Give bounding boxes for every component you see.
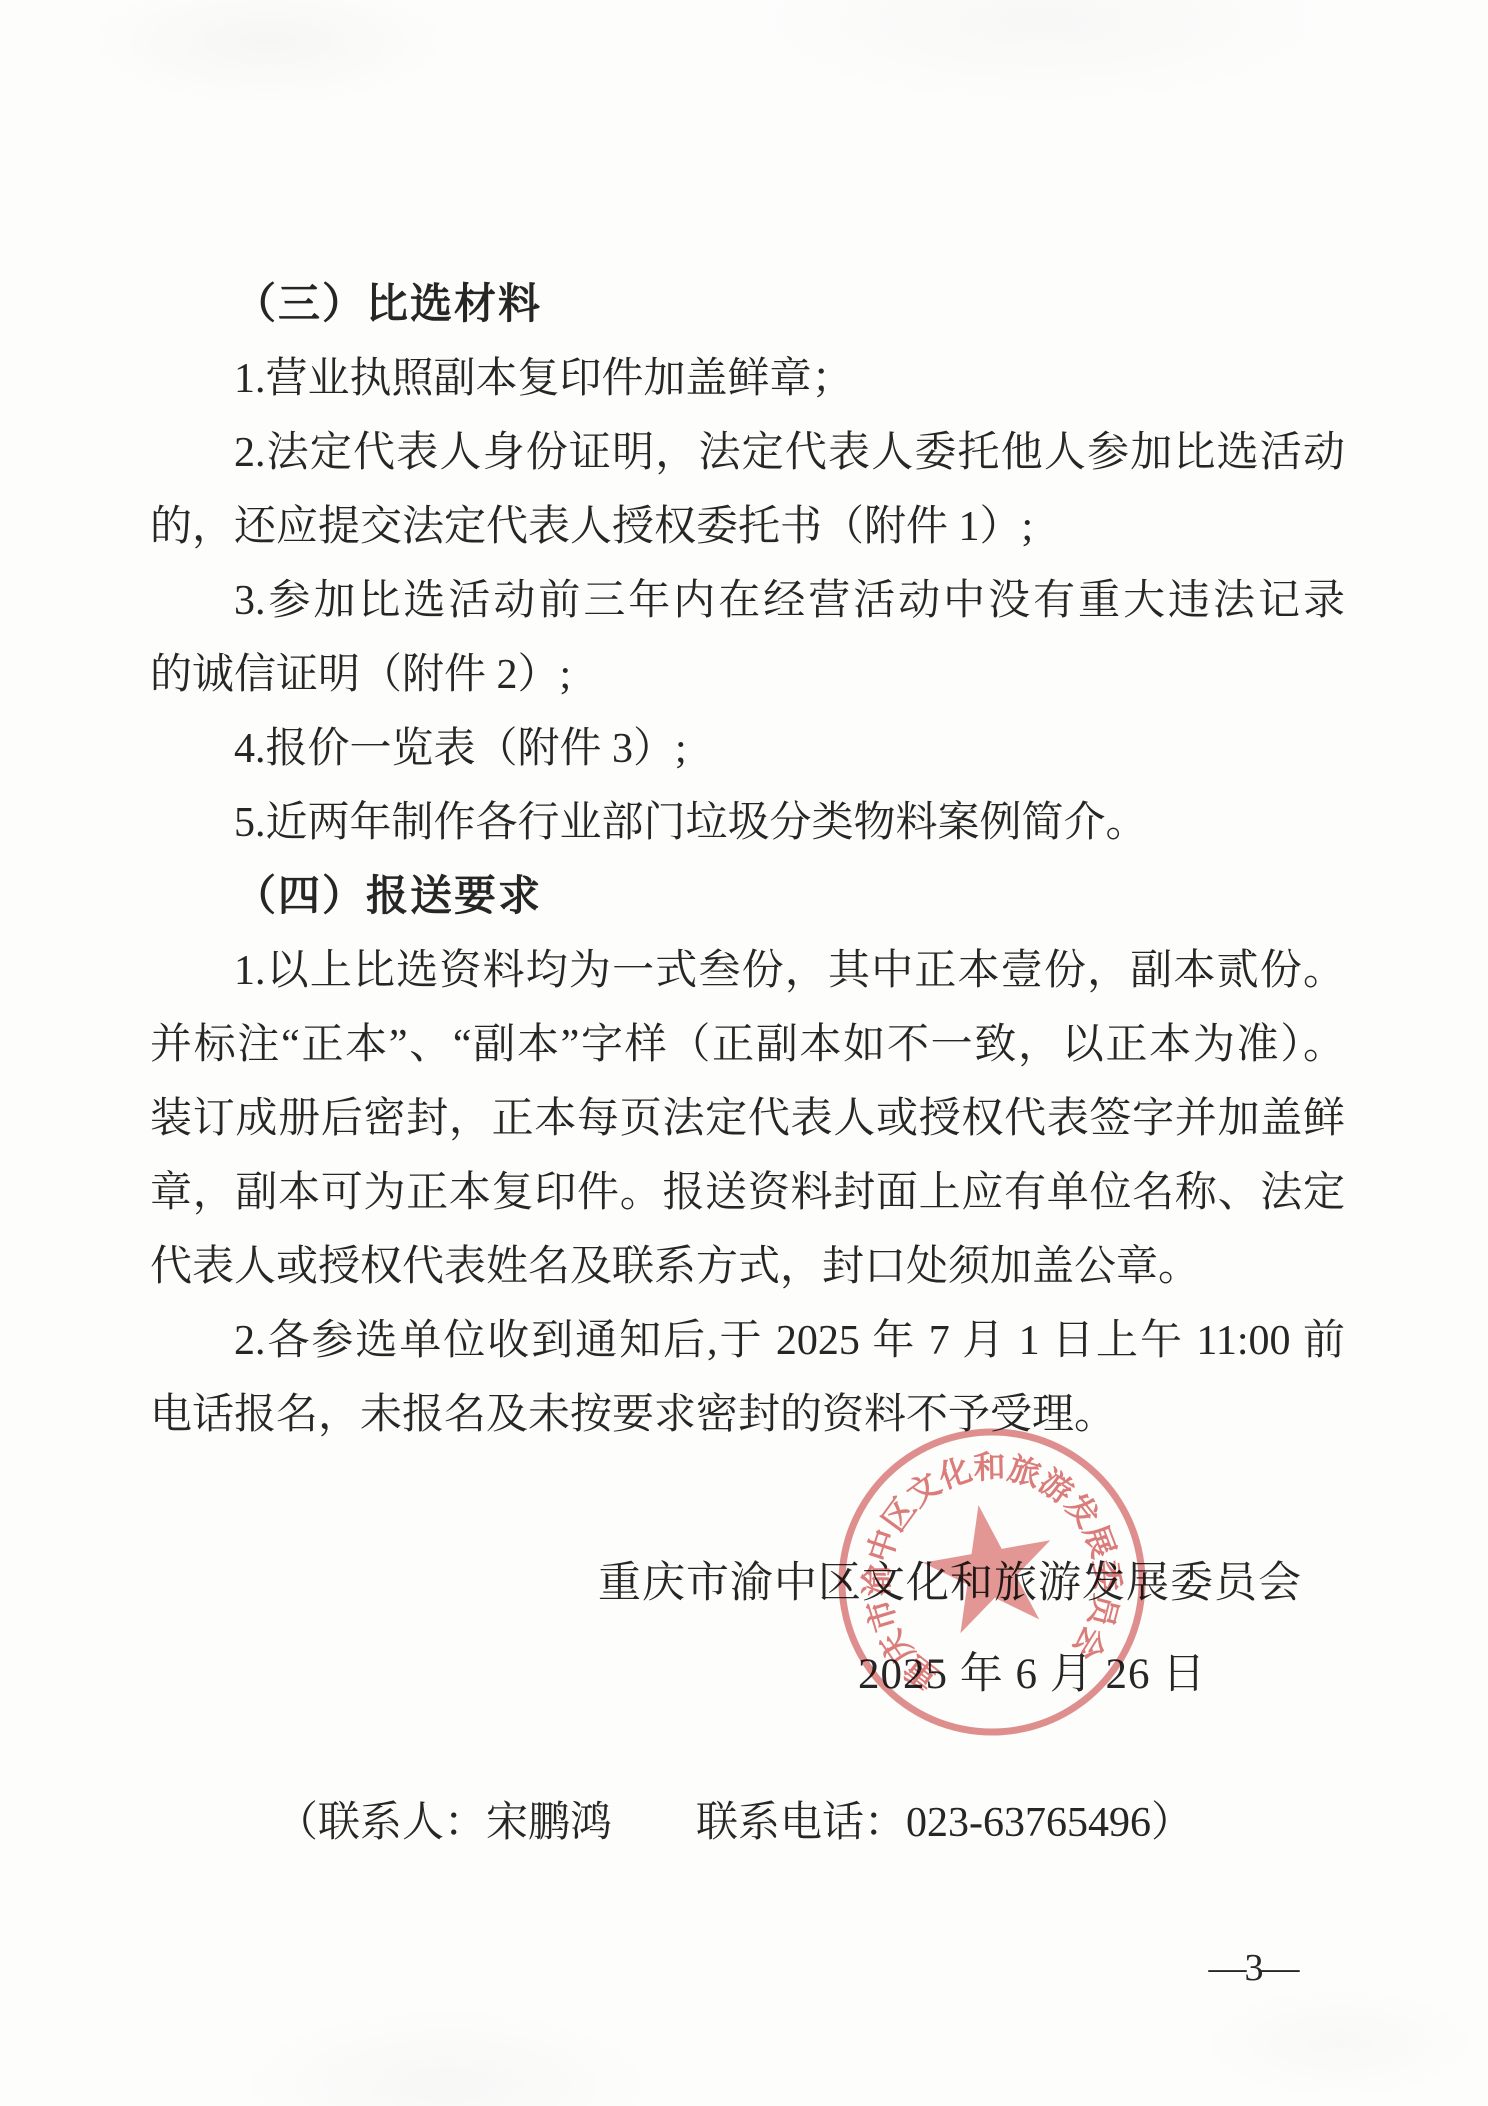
page-number: —3— (1178, 1946, 1328, 1990)
signature-issuer: 重庆市渝中区文化和旅游发展委员会 (598, 1549, 1302, 1610)
body-line: 的，还应提交法定代表人授权委托书（附件 1）; (150, 490, 1345, 564)
document-body: （三）比选材料 1.营业执照副本复印件加盖鲜章； 2.法定代表人身份证明，法定代… (150, 268, 1345, 1452)
body-line: 代表人或授权代表姓名及联系方式，封口处须加盖公章。 (150, 1230, 1345, 1304)
body-line: 2.各参选单位收到通知后,于 2025 年 7 月 1 日上午 11:00 前 (150, 1304, 1345, 1378)
body-line: 3.参加比选活动前三年内在经营活动中没有重大违法记录 (150, 564, 1345, 638)
signature-date: 2025 年 6 月 26 日 (858, 1640, 1206, 1701)
body-line: 5.近两年制作各行业部门垃圾分类物料案例简介。 (150, 786, 1345, 860)
body-line: 的诚信证明（附件 2）; (150, 638, 1345, 712)
body-line: 并标注“正本”、“副本”字样（正副本如不一致，以正本为准）。 (150, 1008, 1345, 1082)
body-line: 1.以上比选资料均为一式叁份，其中正本壹份，副本贰份。 (150, 934, 1345, 1008)
contact-info: （联系人：宋鹏鸿 联系电话：023-63765496） (276, 1789, 1193, 1849)
body-line: 电话报名，未报名及未按要求密封的资料不予受理。 (150, 1378, 1345, 1452)
body-line: 1.营业执照副本复印件加盖鲜章； (150, 342, 1345, 416)
body-line: 章，副本可为正本复印件。报送资料封面上应有单位名称、法定 (150, 1156, 1345, 1230)
body-line: 4.报价一览表（附件 3）; (150, 712, 1345, 786)
body-line: 装订成册后密封，正本每页法定代表人或授权代表签字并加盖鲜 (150, 1082, 1345, 1156)
section-heading-4: （四）报送要求 (150, 860, 1345, 934)
section-heading-3: （三）比选材料 (150, 268, 1345, 342)
body-line: 2.法定代表人身份证明，法定代表人委托他人参加比选活动 (150, 416, 1345, 490)
